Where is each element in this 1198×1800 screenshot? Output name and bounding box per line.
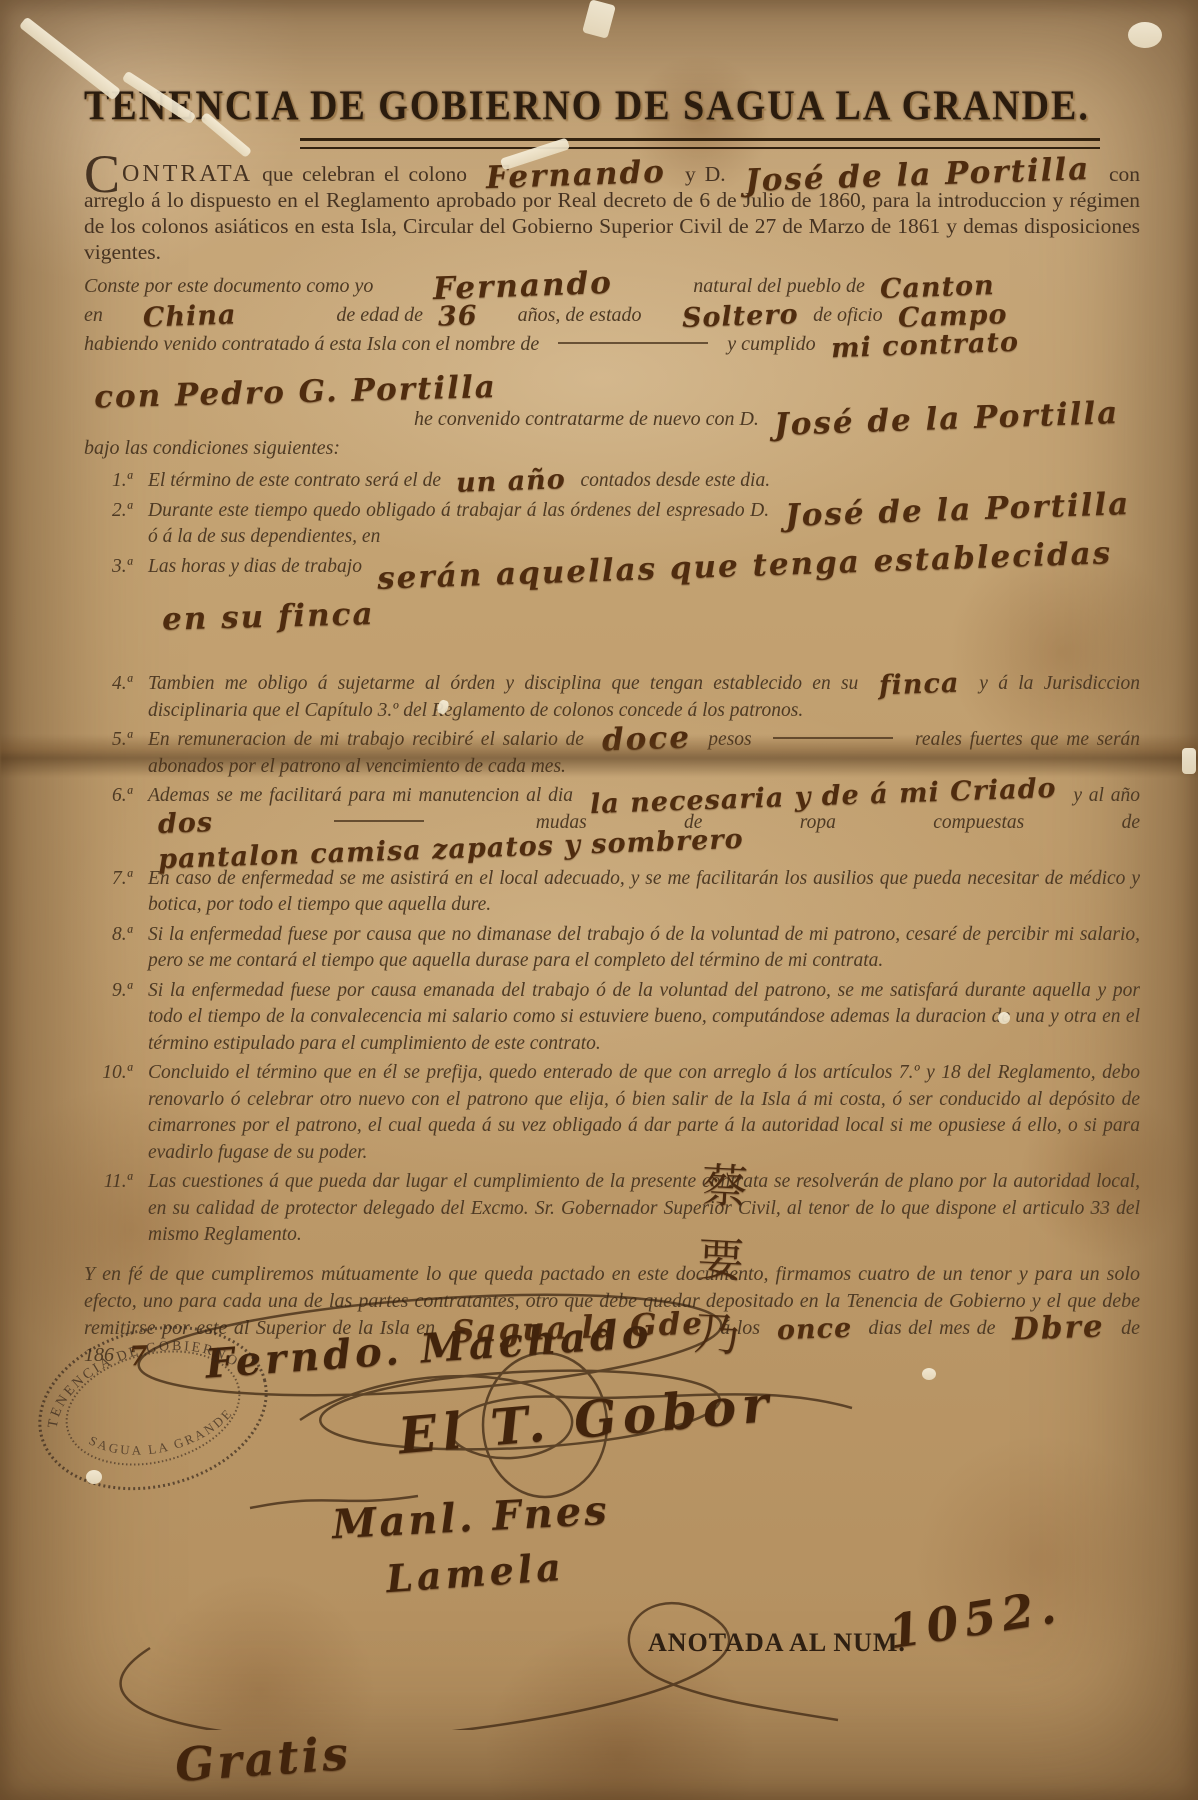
- paper-tear: [1128, 22, 1162, 48]
- hw-oficio: Campo: [888, 315, 1017, 320]
- hw-work-hours: serán aquellas que tenga establecidas: [367, 552, 1122, 578]
- declaration-line-2: en China de edad de 36 años, de estado S…: [84, 302, 1140, 329]
- clause-text: Tambien me obligo á sujetarme al órden y…: [148, 671, 1140, 724]
- document-title: TENENCIA DE GOBIERNO DE SAGUA LA GRANDE.: [84, 82, 1140, 130]
- clause-10: 10.ª Concluido el término que en él se p…: [84, 1060, 1140, 1166]
- paper-tear: [1182, 748, 1196, 774]
- signature-fernandez: Manl. Fnes: [331, 1487, 611, 1548]
- clause-10-print: Concluido el término que en él se prefij…: [148, 1060, 1140, 1166]
- hw-patron-name: José de la Portilla: [735, 169, 1100, 182]
- lead-word: ONTRATA: [122, 161, 253, 187]
- hw-pais: China: [133, 315, 246, 319]
- decl-text-d: de edad de: [336, 304, 423, 326]
- signature-teniente-gobernador: El T. Gobor: [396, 1374, 777, 1466]
- clause-11: 11.ª Las cuestiones á que pueda dar luga…: [84, 1169, 1140, 1249]
- decl-text-g: habiendo venido contratado á esta Isla c…: [84, 333, 539, 355]
- hw-cumplido: mi contrato: [821, 342, 1029, 349]
- clause-8: 8.ª Si la enfermedad fuese por causa que…: [84, 922, 1140, 975]
- gratis-note: Gratis: [173, 1726, 352, 1792]
- paper-speck: [922, 1368, 936, 1380]
- clause-6-print: Ademas se me facilitará para mi manutenc…: [148, 785, 573, 806]
- clause-8-print: Si la enfermedad fuese por causa que no …: [148, 922, 1140, 975]
- anotada-number: 1052.: [885, 1579, 1065, 1660]
- hw-month: Dbre: [1002, 1326, 1115, 1330]
- contract-document-page: TENENCIA DE GOBIERNO DE SAGUA LA GRANDE.…: [0, 0, 1198, 1800]
- paper-speck: [998, 1012, 1010, 1024]
- chinese-character-2: 要: [696, 1223, 745, 1291]
- hw-edad: 36: [428, 316, 488, 318]
- paper-crease: [0, 735, 1198, 777]
- chinese-character-3: 乃: [692, 1297, 741, 1365]
- intro-text-b: y D.: [685, 162, 726, 186]
- clause-number: 6.ª: [84, 783, 148, 863]
- intro-paragraph: CONTRATA que celebran el colono Fernando…: [84, 161, 1140, 265]
- clause-text: Ademas se me facilitará para mi manutenc…: [148, 783, 1140, 863]
- clause-number: 8.ª: [84, 922, 148, 975]
- clause-9-print: Si la enfermedad fuese por causa emanada…: [148, 978, 1140, 1058]
- hw-finca: finca: [869, 683, 969, 687]
- clause-3: 3.ª Las horas y dias de trabajo serán aq…: [84, 554, 1140, 669]
- paper-tear: [582, 0, 616, 39]
- document-body: TENENCIA DE GOBIERNO DE SAGUA LA GRANDE.…: [84, 82, 1140, 1369]
- decl-text-b: natural del pueblo de: [693, 275, 865, 297]
- clause-11-print: Las cuestiones á que pueda dar lugar el …: [148, 1169, 1140, 1249]
- clause-number: 3.ª: [84, 554, 148, 669]
- title-double-rule: [300, 138, 1100, 149]
- clause-7: 7.ª En caso de enfermedad se me asistirá…: [84, 866, 1140, 919]
- clause-7-print: En caso de enfermedad se me asistirá en …: [148, 866, 1140, 919]
- clause-number: 2.ª: [84, 498, 148, 551]
- clause-4-print: Tambien me obligo á sujetarme al órden y…: [148, 673, 858, 694]
- clause-2-print: Durante este tiempo quedo obligado á tra…: [148, 500, 769, 521]
- hw-colono-name-2: Fernando: [423, 283, 623, 290]
- chinese-character-1: 蔡: [700, 1149, 749, 1217]
- clause-number: 10.ª: [84, 1060, 148, 1166]
- clause-number: 4.ª: [84, 671, 148, 724]
- clause-6-print-2: y al año: [1073, 785, 1140, 806]
- declaration-line-1: Conste por este documento como yo Fernan…: [84, 273, 1140, 300]
- hw-pueblo: Canton: [870, 286, 1005, 291]
- clause-9: 9.ª Si la enfermedad fuese por causa ema…: [84, 978, 1140, 1058]
- clause-1-print: El término de este contrato será el de: [148, 470, 441, 491]
- office-stamp: TENENCIA DE GOBIERNO SAGUA LA GRANDE: [10, 1290, 296, 1525]
- closing-text-c: dias del mes de: [868, 1317, 995, 1339]
- clause-4: 4.ª Tambien me obligo á sujetarme al órd…: [84, 671, 1140, 724]
- decl-text-j: bajo las condiciones siguientes:: [84, 437, 340, 459]
- clause-number: 7.ª: [84, 866, 148, 919]
- paper-tear: [19, 16, 122, 100]
- hw-patron-name-2: José de la Portilla: [764, 413, 1129, 426]
- clause-2-print-2: ó á la de sus dependientes, en: [148, 526, 380, 547]
- decl-text-e: años, de estado: [518, 304, 642, 326]
- clause-number: 1.ª: [84, 468, 148, 495]
- hw-day: once: [767, 1328, 862, 1331]
- decl-text-a: Conste por este documento como yo: [84, 275, 373, 297]
- decl-text-h: y cumplido: [727, 333, 815, 355]
- clause-6: 6.ª Ademas se me facilitará para mi manu…: [84, 783, 1140, 863]
- hw-mudas: dos: [148, 822, 223, 825]
- hw-term: un año: [446, 480, 576, 485]
- hw-colono-name: Fernando: [476, 172, 676, 179]
- blank-line: [334, 816, 424, 822]
- paper-speck: [86, 1470, 102, 1484]
- clause-number: 9.ª: [84, 978, 148, 1058]
- decl-text-i: he convenido contratarme de nuevo con D.: [414, 408, 759, 430]
- decl-text-c: en: [84, 304, 103, 326]
- hw-patron-name-3: José de la Portilla: [775, 503, 1140, 516]
- clause-1-print-2: contados desde este dia.: [581, 470, 771, 491]
- declaration-section: Conste por este documento como yo Fernan…: [84, 273, 1140, 462]
- anotada-label: ANOTADA AL NUM.: [648, 1628, 906, 1658]
- clause-text: Las horas y dias de trabajo serán aquell…: [148, 554, 1140, 669]
- hw-estado: Soltero: [672, 315, 809, 320]
- intro-text-a: que celebran el colono: [262, 162, 467, 186]
- blank-line: [558, 338, 708, 344]
- decl-text-f: de oficio: [813, 304, 882, 326]
- signature-lamela: Lamela: [385, 1544, 567, 1601]
- declaration-line-3: habiendo venido contratado á esta Isla c…: [84, 331, 1140, 358]
- clause-list: 1.ª El término de este contrato será el …: [84, 468, 1140, 1249]
- clause-number: 11.ª: [84, 1169, 148, 1249]
- clause-3-print: Las horas y dias de trabajo: [148, 556, 362, 577]
- hw-ropa: pantalon camisa zapatos y sombrero: [148, 839, 753, 860]
- declaration-line-6: bajo las condiciones siguientes:: [84, 435, 1140, 462]
- hw-manutencion: la necesaria y de á mi Criado: [580, 789, 1066, 806]
